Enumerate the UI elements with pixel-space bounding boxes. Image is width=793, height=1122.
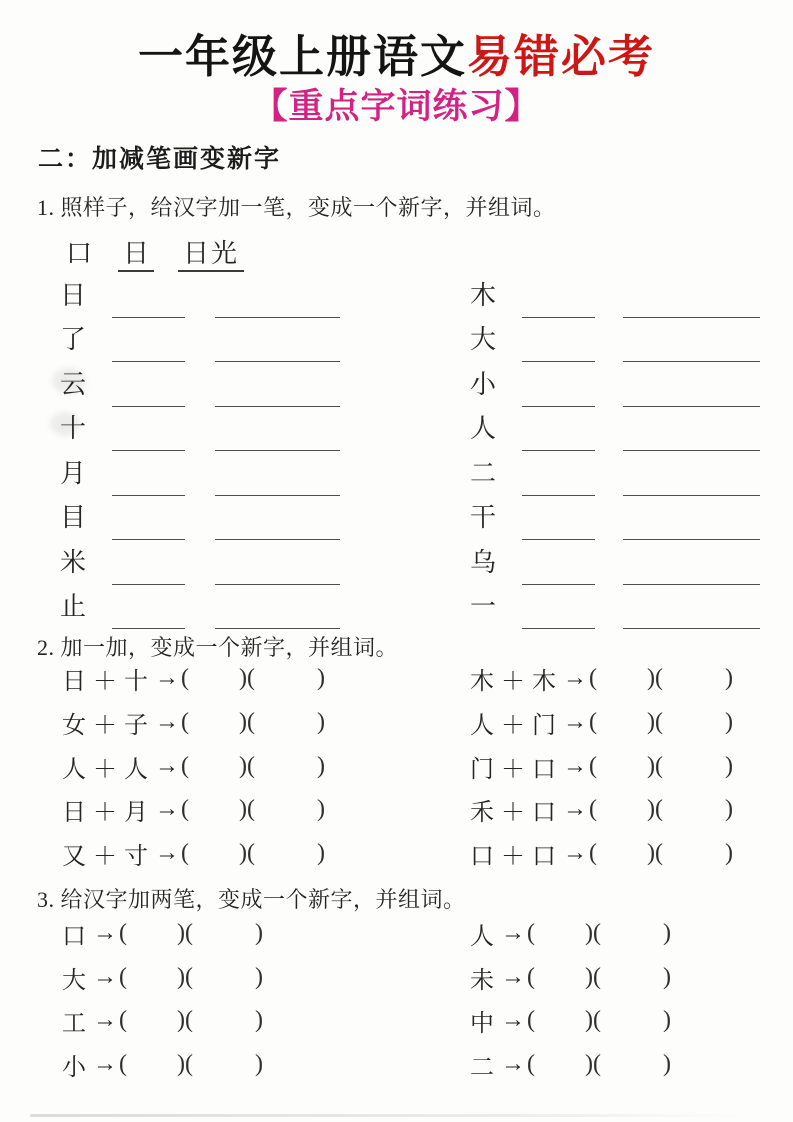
scan-edge-shadow: [30, 1114, 740, 1117]
paren-mid: )(: [239, 709, 255, 736]
exercise2-row: 人＋门→()(): [464, 701, 778, 745]
hanzi-char: 工: [62, 1003, 93, 1038]
paren-close: ): [317, 665, 325, 692]
answer-blank-long: [623, 420, 760, 451]
paren-mid: )(: [585, 1007, 601, 1034]
answer-blank-long: [623, 331, 760, 362]
paren-close: ): [725, 840, 733, 867]
answer-blank-short: [522, 287, 595, 318]
exercise1-grid: 日 木 了 大 云 小 十 人 月 二 目 干 米 乌 止 一: [60, 271, 770, 627]
paren-close: ): [663, 1007, 671, 1034]
paren-mid: )(: [177, 920, 193, 947]
exercise3-row: 人→()(): [464, 912, 778, 956]
expression: 门＋口: [470, 749, 563, 784]
hanzi-char: 大: [62, 960, 93, 995]
answer-blank-long: [215, 554, 340, 585]
exercise1-example-row: 口日日光: [66, 233, 244, 272]
paren-mid: )(: [585, 964, 601, 991]
answer-blank-long: [623, 287, 760, 318]
arrow-icon: →: [155, 796, 179, 823]
hanzi-char: 二: [470, 1047, 501, 1082]
hanzi-char: 十: [60, 408, 90, 445]
arrow-icon: →: [93, 1007, 117, 1034]
hanzi-char: 目: [60, 497, 90, 534]
exercise3-row: 口→()(): [62, 912, 464, 956]
paren-mid: )(: [585, 1051, 601, 1078]
paren-close: ): [255, 1051, 263, 1078]
exercise1-row: 月: [60, 449, 464, 494]
arrow-icon: →: [501, 1007, 525, 1034]
exercise2-grid: 日＋十→()() 木＋木→()() 女＋子→()() 人＋门→()() 人＋人→…: [62, 657, 778, 875]
paren-mid: )(: [647, 665, 663, 692]
hanzi-char: 小: [62, 1047, 93, 1082]
exercise1-row: 止: [60, 583, 464, 628]
answer-blank-long: [623, 598, 760, 629]
paren-close: ): [663, 920, 671, 947]
hanzi-char: 止: [60, 586, 90, 623]
exercise3-instruction: 3. 给汉字加两笔，变成一个新字，并组词。: [37, 883, 466, 914]
arrow-icon: →: [563, 753, 587, 780]
paren-open: (: [527, 920, 535, 947]
exercise1-row: 小: [464, 360, 770, 405]
answer-blank-short: [112, 509, 185, 540]
paren-open: (: [181, 796, 189, 823]
hanzi-char: 一: [470, 586, 500, 623]
exercise1-row: 木: [464, 271, 770, 316]
paren-open: (: [181, 665, 189, 692]
expression: 又＋寸: [62, 836, 155, 871]
exercise3-row: 未→()(): [464, 956, 778, 1000]
exercise3-row: 小→()(): [62, 1043, 464, 1087]
answer-blank-short: [112, 598, 185, 629]
paren-close: ): [317, 753, 325, 780]
arrow-icon: →: [563, 709, 587, 736]
answer-blank-long: [215, 287, 340, 318]
exercise2-row: 日＋十→()(): [62, 657, 464, 701]
example-new-char: 日: [118, 233, 154, 272]
paren-open: (: [589, 753, 597, 780]
paren-open: (: [181, 753, 189, 780]
hanzi-char: 木: [470, 275, 500, 312]
exercise1-row: 米: [60, 538, 464, 583]
paren-close: ): [725, 796, 733, 823]
hanzi-char: 大: [470, 319, 500, 356]
paren-open: (: [119, 1051, 127, 1078]
answer-blank-long: [215, 509, 340, 540]
answer-blank-short: [522, 598, 595, 629]
answer-blank-short: [112, 554, 185, 585]
exercise1-row: 干: [464, 494, 770, 539]
arrow-icon: →: [563, 796, 587, 823]
paren-open: (: [589, 840, 597, 867]
paren-open: (: [589, 709, 597, 736]
exercise2-row: 门＋口→()(): [464, 744, 778, 788]
section-heading: 二：加减笔画变新字: [38, 139, 281, 175]
exercise3-row: 工→()(): [62, 999, 464, 1043]
example-base-char: 口: [66, 233, 92, 270]
answer-blank-long: [215, 598, 340, 629]
answer-blank-short: [522, 509, 595, 540]
paren-mid: )(: [177, 1051, 193, 1078]
answer-blank-long: [215, 465, 340, 496]
exercise2-row: 女＋子→()(): [62, 701, 464, 745]
hanzi-char: 中: [470, 1003, 501, 1038]
paren-mid: )(: [177, 1007, 193, 1034]
answer-blank-long: [623, 376, 760, 407]
answer-blank-long: [623, 509, 760, 540]
paren-open: (: [527, 1051, 535, 1078]
exercise2-row: 日＋月→()(): [62, 788, 464, 832]
hanzi-char: 人: [470, 916, 501, 951]
hanzi-char: 米: [60, 542, 90, 579]
expression: 禾＋口: [470, 792, 563, 827]
paren-close: ): [317, 840, 325, 867]
exercise3-row: 中→()(): [464, 999, 778, 1043]
arrow-icon: →: [155, 665, 179, 692]
arrow-icon: →: [501, 1051, 525, 1078]
example-word: 日光: [178, 233, 244, 272]
answer-blank-short: [522, 420, 595, 451]
exercise3-grid: 口→()() 人→()() 大→()() 未→()() 工→()() 中→()(…: [62, 912, 778, 1086]
paren-mid: )(: [177, 964, 193, 991]
answer-blank-short: [112, 420, 185, 451]
exercise1-row: 目: [60, 494, 464, 539]
arrow-icon: →: [563, 840, 587, 867]
answer-blank-short: [522, 554, 595, 585]
hanzi-char: 二: [470, 453, 500, 490]
answer-blank-short: [112, 287, 185, 318]
expression: 人＋人: [62, 749, 155, 784]
expression: 口＋口: [470, 836, 563, 871]
arrow-icon: →: [93, 964, 117, 991]
hanzi-char: 云: [60, 364, 90, 401]
paren-open: (: [119, 1007, 127, 1034]
paren-open: (: [119, 964, 127, 991]
hanzi-char: 小: [470, 364, 500, 401]
exercise1-row: 大: [464, 316, 770, 361]
answer-blank-short: [112, 376, 185, 407]
paren-mid: )(: [239, 796, 255, 823]
exercise1-row: 了: [60, 316, 464, 361]
exercise1-row: 日: [60, 271, 464, 316]
paren-close: ): [725, 709, 733, 736]
arrow-icon: →: [93, 1051, 117, 1078]
paren-mid: )(: [647, 840, 663, 867]
page-title-highlight: 易错必考: [467, 30, 655, 83]
paren-mid: )(: [647, 709, 663, 736]
exercise2-row: 又＋寸→()(): [62, 832, 464, 876]
arrow-icon: →: [155, 840, 179, 867]
hanzi-char: 月: [60, 453, 90, 490]
paren-close: ): [317, 709, 325, 736]
exercise2-row: 禾＋口→()(): [464, 788, 778, 832]
expression: 木＋木: [470, 661, 563, 696]
paren-open: (: [119, 920, 127, 947]
answer-blank-long: [623, 554, 760, 585]
answer-blank-long: [215, 376, 340, 407]
paren-close: ): [663, 964, 671, 991]
paren-close: ): [317, 796, 325, 823]
expression: 人＋门: [470, 705, 563, 740]
paren-mid: )(: [239, 753, 255, 780]
expression: 日＋十: [62, 661, 155, 696]
hanzi-char: 未: [470, 960, 501, 995]
arrow-icon: →: [563, 665, 587, 692]
paren-close: ): [725, 753, 733, 780]
paren-close: ): [255, 964, 263, 991]
paren-close: ): [725, 665, 733, 692]
paren-mid: )(: [239, 840, 255, 867]
paren-close: ): [255, 1007, 263, 1034]
page-subtitle: 【重点字词练习】: [0, 79, 793, 129]
exercise2-row: 口＋口→()(): [464, 832, 778, 876]
exercise1-instruction: 1. 照样子，给汉字加一笔，变成一个新字，并组词。: [37, 191, 556, 222]
answer-blank-long: [623, 465, 760, 496]
expression: 女＋子: [62, 705, 155, 740]
paren-mid: )(: [647, 753, 663, 780]
page-title: 一年级上册语文易错必考: [0, 20, 793, 85]
paren-open: (: [181, 709, 189, 736]
hanzi-char: 了: [60, 319, 90, 356]
exercise2-row: 人＋人→()(): [62, 744, 464, 788]
exercise1-row: 十: [60, 405, 464, 450]
paren-close: ): [663, 1051, 671, 1078]
hanzi-char: 日: [60, 275, 90, 312]
answer-blank-short: [522, 331, 595, 362]
exercise1-row: 云: [60, 360, 464, 405]
paren-open: (: [589, 665, 597, 692]
page-title-black: 一年级上册语文: [138, 30, 467, 83]
arrow-icon: →: [93, 920, 117, 947]
paren-open: (: [181, 840, 189, 867]
answer-blank-short: [522, 465, 595, 496]
exercise1-row: 乌: [464, 538, 770, 583]
hanzi-char: 人: [470, 408, 500, 445]
exercise3-row: 二→()(): [464, 1043, 778, 1087]
arrow-icon: →: [501, 964, 525, 991]
paren-open: (: [589, 796, 597, 823]
expression: 日＋月: [62, 792, 155, 827]
paren-open: (: [527, 964, 535, 991]
worksheet-page: 一年级上册语文易错必考 【重点字词练习】 二：加减笔画变新字 1. 照样子，给汉…: [0, 0, 793, 1122]
arrow-icon: →: [155, 709, 179, 736]
arrow-icon: →: [155, 753, 179, 780]
paren-open: (: [527, 1007, 535, 1034]
exercise2-row: 木＋木→()(): [464, 657, 778, 701]
exercise1-row: 二: [464, 449, 770, 494]
answer-blank-short: [112, 465, 185, 496]
exercise3-row: 大→()(): [62, 956, 464, 1000]
paren-mid: )(: [239, 665, 255, 692]
answer-blank-long: [215, 420, 340, 451]
paren-mid: )(: [585, 920, 601, 947]
paren-close: ): [255, 920, 263, 947]
exercise1-row: 人: [464, 405, 770, 450]
answer-blank-long: [215, 331, 340, 362]
hanzi-char: 口: [62, 916, 93, 951]
exercise1-row: 一: [464, 583, 770, 628]
answer-blank-short: [112, 331, 185, 362]
answer-blank-short: [522, 376, 595, 407]
arrow-icon: →: [501, 920, 525, 947]
hanzi-char: 乌: [470, 542, 500, 579]
hanzi-char: 干: [470, 497, 500, 534]
paren-mid: )(: [647, 796, 663, 823]
